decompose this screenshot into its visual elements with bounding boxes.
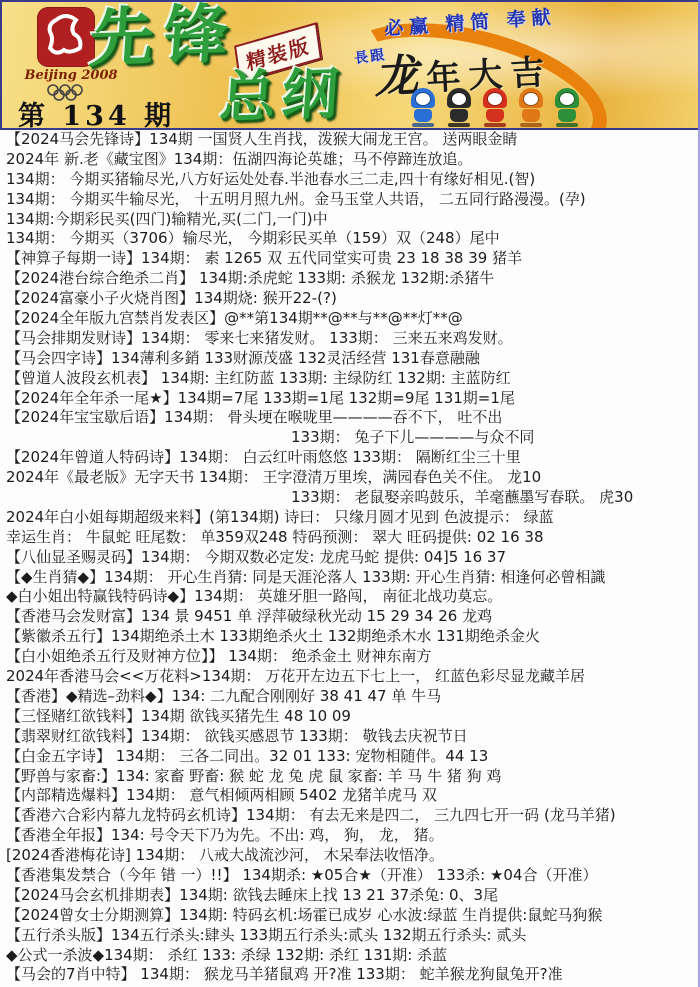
fuwa-mascot-icon [410, 88, 436, 124]
text-line: 【香港全年报】134: 号令天下乃为先。不出: 鸡， 狗， 龙， 猪。 [6, 826, 700, 846]
text-line: 【野兽与家畜:】134: 家畜 野畜: 猴 蛇 龙 兔 虎 鼠 家畜: 羊 马 … [6, 767, 700, 787]
text-line: 【八仙显圣赐灵码】134期： 今期双数必定发: 龙虎马蛇 提供: 04]5 16… [6, 548, 700, 568]
text-line: ◆白小姐出特赢钱特码诗◆】134期： 英雄牙胆一路闯， 南征北战功莫忘。 [6, 587, 700, 607]
issue-number: 第 134 期 [18, 94, 175, 130]
fuwa-mascot-icon [554, 88, 580, 124]
text-line: 【紫徽杀五行】134期绝杀土木 133期绝杀火土 132期绝杀木水 131期绝杀… [6, 627, 700, 647]
text-line: 134期： 今期买（3706）输尽光， 今期彩民买单（159）双（248）尾中 [6, 229, 700, 249]
text-line: 幸运生肖： 牛鼠蛇 旺尾数： 单359双248 特码预测： 翠大 旺码提供: 0… [6, 528, 700, 548]
fuwa-mascot-icon [482, 88, 508, 124]
text-line: 【内部精选爆料】134期： 意气相倾两相顾 5402 龙猪羊虎马 双 [6, 786, 700, 806]
text-line: [2024香港梅花诗] 134期： 八戒大战流沙河， 木呆奉法收悟净。 [6, 846, 700, 866]
text-line: 2024年 新.老《藏宝图》134期：伍湖四海论英雄；马不停蹄连放追。 [6, 150, 700, 170]
masthead-banner: Beijing 2008 先锋 精装版 总纲 第 134 期 必赢 精简 奉献 … [0, 0, 700, 130]
text-line: 【香港六合彩内幕九龙特码玄机诗】134期： 有去无来是四二， 三九四七开一码 (… [6, 806, 700, 826]
masthead-title-main: 先锋 [88, 1, 241, 70]
text-line: 2024年白小姐每期超级来料】(第134期) 诗曰： 只缘月圆才见到 色波提示：… [6, 508, 700, 528]
text-line: 【香港集发禁合（今年 错 一）!!】 134期杀: ★05合★（开准） 133杀… [6, 866, 700, 886]
text-line: 2024年香港马会<<万花料>134期： 万花开左边五下七上一， 红蓝色彩尽显龙… [6, 667, 700, 687]
text-line: 【三怪赌红欲钱料】134期 欲钱买猪先生 48 10 09 [6, 707, 700, 727]
text-line: 【白金五字诗】 134期： 三各二同出。32 01 133: 宠物相随伴。44 … [6, 747, 700, 767]
text-line: 【◆生肖猜◆】134期： 开心生肖猜: 同是天涯沦落人 133期: 开心生肖猜:… [6, 568, 700, 588]
text-line: 【2024马会玄机排期表】134期: 欲钱去睡床上找 13 21 37杀兔: 0… [6, 886, 700, 906]
text-line: 【翡翠财红欲钱料】134期： 欲钱买感恩节 133期： 敬钱去庆祝节日 [6, 727, 700, 747]
text-line: 2024年《最老版》无字天书 134期： 王字澄清万里埃，满园春色关不住。 龙1… [6, 468, 700, 488]
text-line: 【2024富豪小子火烧肖图】134期烧: 猴开22-(?) [6, 289, 700, 309]
tip-lines-list: 【2024马会先锋诗】134期 一国贤人生肖找，泼猴大闹龙王宫。 送两眼金睛20… [0, 130, 700, 985]
masthead-title-sub: 总纲 [218, 66, 346, 126]
text-line: 【曾道人波段玄机表】 134期: 主红防蓝 133期: 主绿防红 132期: 主… [6, 369, 700, 389]
text-line: 【2024港台综合绝杀二肖】 134期:杀虎蛇 133期: 杀猴龙 132期:杀… [6, 269, 700, 289]
fuwa-mascots-row [410, 88, 580, 124]
text-line: ◆公式一杀波◆134期： 杀红 133: 杀绿 132期: 杀红 131期: 杀… [6, 946, 700, 966]
fuwa-mascot-icon [518, 88, 544, 124]
text-line: 【2024马会先锋诗】134期 一国贤人生肖找，泼猴大闹龙王宫。 送两眼金睛 [6, 130, 700, 150]
fuwa-mascot-icon [446, 88, 472, 124]
text-line: 【白小姐绝杀五行及财神方位】】 134期： 绝杀金土 财神东南方 [6, 647, 700, 667]
text-line: 【香港马会发财富】134 景 9451 单 浮萍破绿秋光动 15 29 34 2… [6, 607, 700, 627]
text-line: 134期： 今期买猪输尽光,八方好运处处春.半池春水三二走,四十有缘好相见.(智… [6, 170, 700, 190]
text-line: 【2024全年版九宫禁肖发表区】@**第134期**@**与**@**灯**@ [6, 309, 700, 329]
text-line: 【马会排期发财诗】134期： 零来七来猪发财。 133期： 三来五来鸡发财。 [6, 329, 700, 349]
text-line: 【香港】◆精选–劲料◆】134: 二九配合刚刚好 38 41 47 单 牛马 [6, 687, 700, 707]
text-line: 【马会四字诗】134薄利多銷 133财源茂盛 132灵活经营 131春意融融 [6, 349, 700, 369]
text-line: 【马会的7肖中特】 134期： 猴龙马羊猪鼠鸡 开?准 133期： 蛇羊猴龙狗鼠… [6, 965, 700, 985]
text-line: 【神算子每期一诗】134期： 素 1265 双 五代同堂实可贵 23 18 38… [6, 249, 700, 269]
tip-sheet-page: Beijing 2008 先锋 精装版 总纲 第 134 期 必赢 精简 奉献 … [0, 0, 700, 987]
text-line: 【五行杀头版】134五行杀头:肆头 133期五行杀头:贰头 132期五行杀头: … [6, 926, 700, 946]
dancing-figure-icon [44, 12, 88, 62]
text-line: 【2024年宝宝歇后语】134期： 骨头埂在喉咙里————吞不下， 吐不出 [6, 408, 700, 428]
text-line: 【2024年全年杀一尾★】134期=7尾 133期=1尾 132期=9尾 131… [6, 389, 700, 409]
text-line: 【2024年曾道人特码诗】134期： 白云红叶雨悠悠 133期： 隔断红尘三十里 [6, 448, 700, 468]
text-line: 134期： 今期买牛输尽光， 十五明月照九州。金马玉堂人共语， 二五同行路漫漫。… [6, 190, 700, 210]
text-line: 134期:今期彩民买(四门)输精光,买(二门,一门)中 [6, 210, 700, 230]
text-line: 133期： 兔子下儿————与众不同 [6, 428, 700, 448]
dancing-beijing-seal-icon [38, 8, 94, 66]
text-line: 133期： 老鼠娶亲呜鼓乐，羊毫蘸墨写春联。 虎30 [6, 488, 700, 508]
text-line: 【2024曾女士分期测算】134期: 特码玄机:场霍已成岁 心水波:绿蓝 生肖提… [6, 906, 700, 926]
